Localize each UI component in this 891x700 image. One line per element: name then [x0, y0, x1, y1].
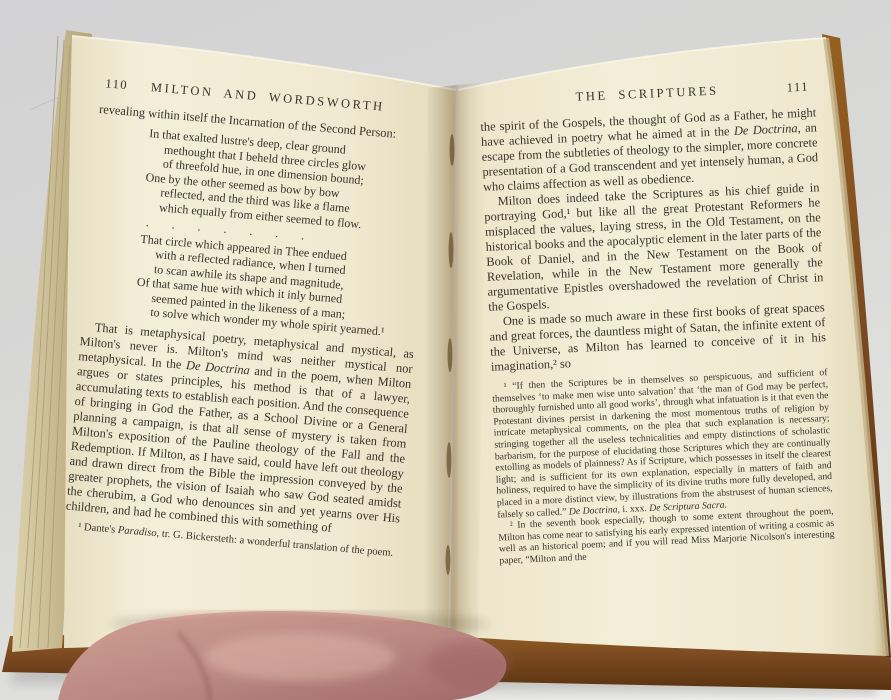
right-footnotes: ¹ “If then the Scriptures be in themselv… [492, 367, 836, 567]
book-photo-scene: 110 MILTON AND WORDSWORTH revealing with… [0, 0, 891, 700]
right-page: THE SCRIPTURES 111 the spirit of the Gos… [479, 79, 835, 567]
right-footnote-1: ¹ “If then the Scriptures be in themselv… [492, 367, 834, 521]
gutter-shadow [424, 82, 486, 640]
left-page: 110 MILTON AND WORDSWORTH revealing with… [63, 76, 435, 571]
thumb-highlight [205, 633, 395, 681]
right-paragraph-2: Milton does indeed take the Scriptures a… [483, 180, 824, 315]
poem-quotation: In that exalted lustre's deep, clear gro… [134, 126, 431, 341]
page-number-111: 111 [786, 80, 809, 96]
page-number-110: 110 [105, 76, 129, 93]
left-main-paragraph: That is metaphysical poetry, metaphysica… [65, 319, 414, 541]
thumb-tip-shading [426, 642, 510, 686]
